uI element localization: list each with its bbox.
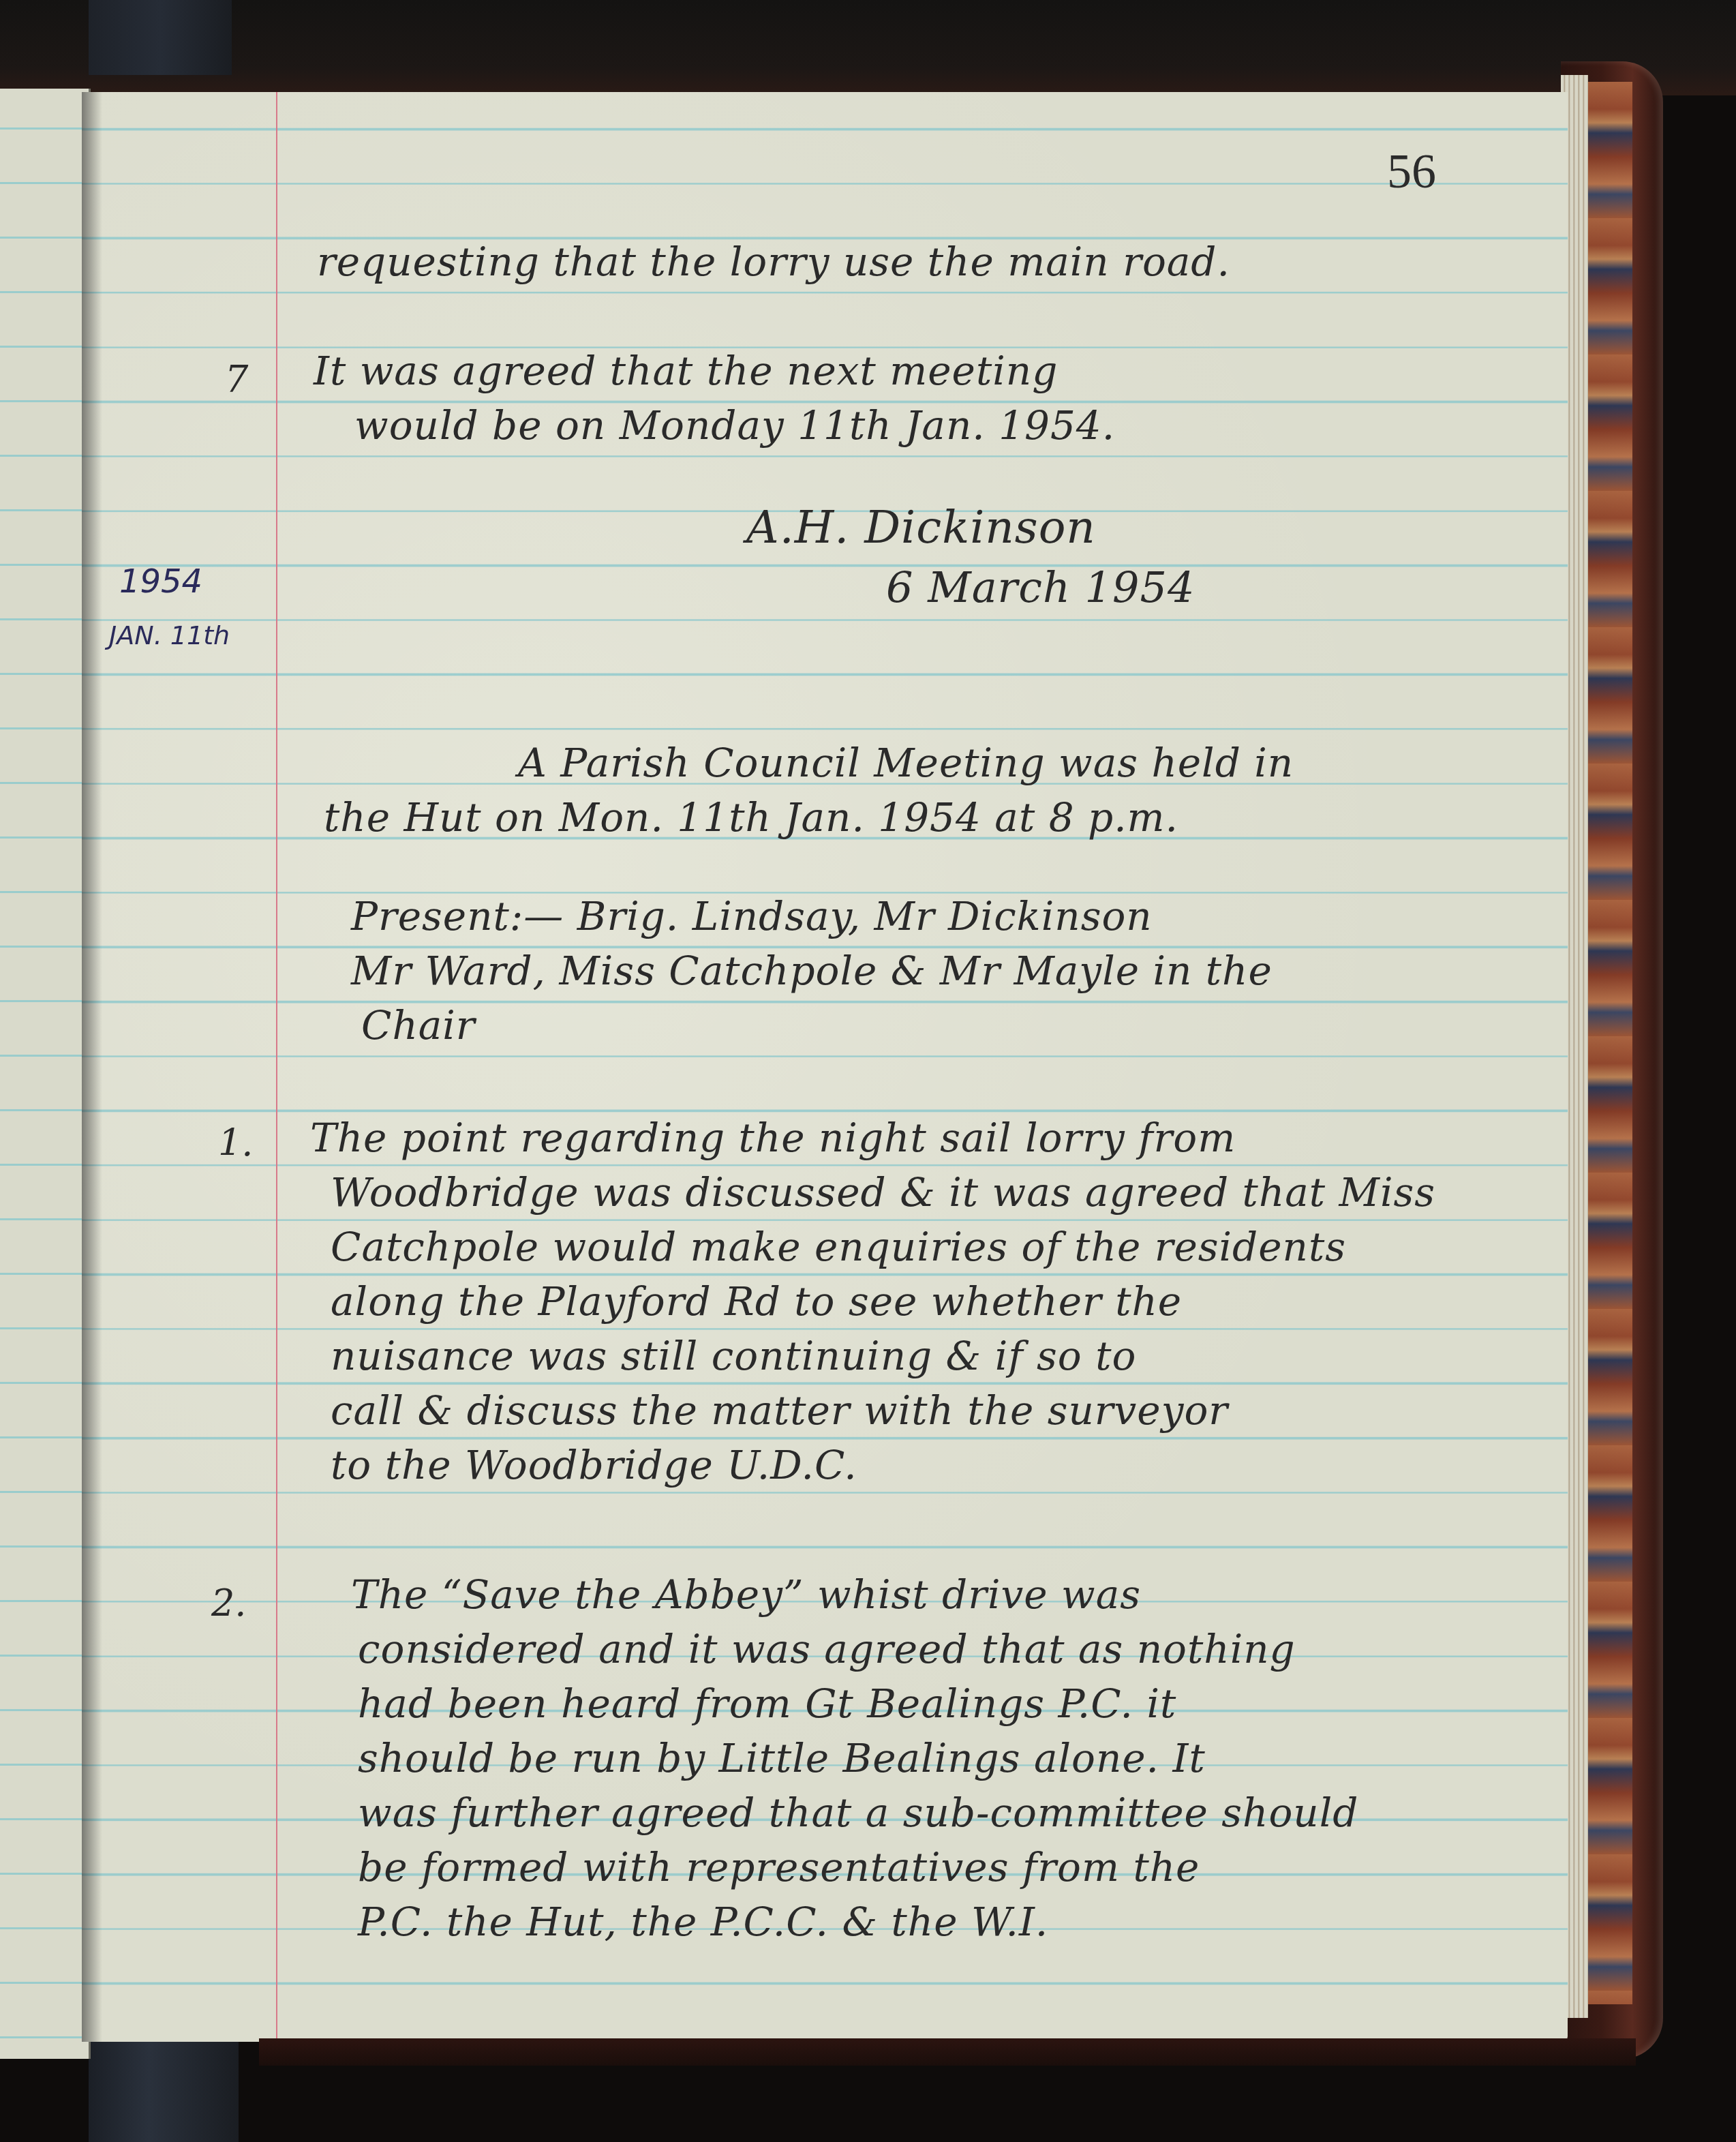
- item-number: 7: [225, 358, 248, 401]
- item1-line: call & discuss the matter with the surve…: [331, 1387, 1228, 1434]
- item2-line: was further agreed that a sub-committee …: [358, 1790, 1358, 1836]
- present-line: Chair: [361, 1002, 476, 1049]
- book-spine-bottom: [89, 2038, 239, 2142]
- notebook-page: 56 requesting that the lorry use the mai…: [82, 92, 1568, 2042]
- margin-date: JAN. 11th: [109, 620, 230, 650]
- background-top: [0, 0, 1736, 95]
- item7-line: It was agreed that the next meeting: [314, 348, 1058, 394]
- signature-date: 6 March 1954: [886, 562, 1195, 612]
- item2-line: The “Save the Abbey” whist drive was: [351, 1571, 1141, 1618]
- signature-name: A.H. Dickinson: [746, 501, 1096, 554]
- page-number: 56: [1387, 143, 1436, 200]
- item1-line: nuisance was still continuing & if so to: [331, 1333, 1136, 1379]
- item2-line: should be run by Little Bealings alone. …: [358, 1735, 1206, 1781]
- item2-line: considered and it was agreed that as not…: [358, 1626, 1296, 1672]
- gutter-shadow: [82, 92, 102, 2042]
- item2-line: had been heard from Gt Bealings P.C. it: [358, 1680, 1176, 1727]
- margin-line: [276, 92, 277, 2042]
- left-ruled-lines: [0, 89, 89, 2059]
- item1-line: along the Playford Rd to see whether the: [331, 1278, 1182, 1325]
- present-line: Mr Ward, Miss Catchpole & Mr Mayle in th…: [351, 948, 1273, 994]
- margin-year: 1954: [119, 562, 202, 601]
- continuation-line: requesting that the lorry use the main r…: [317, 239, 1230, 285]
- item2-line: P.C. the Hut, the P.C.C. & the W.I.: [358, 1899, 1048, 1945]
- item1-line: Catchpole would make enquiries of the re…: [331, 1224, 1346, 1270]
- present-line: Present:— Brig. Lindsay, Mr Dickinson: [351, 893, 1153, 939]
- item1-line: to the Woodbridge U.D.C.: [331, 1442, 857, 1488]
- cover-bottom-edge: [259, 2038, 1636, 2066]
- meeting-heading: the Hut on Mon. 11th Jan. 1954 at 8 p.m.: [324, 794, 1178, 841]
- item-number: 2.: [211, 1582, 247, 1625]
- item2-line: be formed with representatives from the: [358, 1844, 1200, 1890]
- item-number: 1.: [218, 1121, 254, 1164]
- item1-line: Woodbridge was discussed & it was agreed…: [331, 1169, 1435, 1216]
- item1-line: The point regarding the night sail lorry…: [310, 1115, 1236, 1161]
- meeting-heading: A Parish Council Meeting was held in: [518, 740, 1294, 786]
- left-page-fragment: [0, 89, 91, 2059]
- item7-line: would be on Monday 11th Jan. 1954.: [354, 402, 1115, 449]
- book-spine-top: [89, 0, 232, 75]
